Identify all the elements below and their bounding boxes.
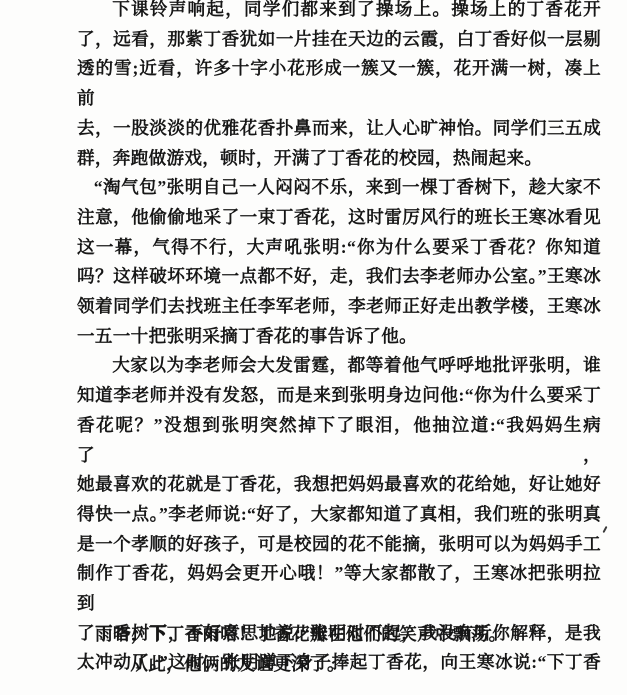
paragraph-2: “淘气包”张明自己一人闷闷不乐，来到一棵丁香树下，趁大家不 注意，他偷偷地采了一…	[77, 173, 601, 351]
scanned-essay-page: 下课铃声响起，同学们都来到了操场上。操场上的丁香花开 了，远看，那紫丁香犹如一片…	[0, 0, 627, 695]
text-line: 大家以为李老师会大发雷霆，都等着他气呼呼地批评张明，谁	[77, 351, 601, 381]
text-line: 下课铃声响起，同学们都来到了操场上。操场上的丁香花开	[77, 0, 601, 25]
text-line: 制作丁香花，妈妈会更开心哦！”等大家都散了，王寒冰把张明拉到	[77, 559, 601, 618]
text-line: 她最喜欢的花就是丁香花，我想把妈妈最喜欢的花给她，好让她好	[77, 470, 601, 500]
text-line: 一五一十把张明采摘丁香花的事告诉了他。	[77, 322, 601, 352]
essay-main-text: 下课铃声响起，同学们都来到了操场上。操场上的丁香花开 了，远看，那紫丁香犹如一片…	[77, 0, 601, 678]
essay-tail-text: 雨咯，下丁香雨咯！丁香花瓣在他们的笑声中飘荡。 从此，他俩的友谊更深了。	[95, 620, 595, 679]
text-line: 领着同学们去找班主任李军老师，李老师正好走出教学楼，王寒冰	[77, 292, 601, 322]
text-line: 香花呢？”没想到张明突然掉下了眼泪，他抽泣道:“我妈妈生病了，	[77, 411, 601, 470]
text-line: 吗？这样破坏环境一点都不好，走，我们去李老师办公室。”王寒冰	[77, 262, 601, 292]
text-line: 是一个孝顺的好孩子，可是校园的花不能摘，张明可以为妈妈手工	[77, 530, 601, 560]
text-line: 去，一股淡淡的优雅花香扑鼻而来，让人心旷神怡。同学们三五成	[77, 114, 601, 144]
text-line: 从此，他俩的友谊更深了。	[95, 650, 595, 680]
text-line: 得快一点。”李老师说:“好了，大家都知道了真相，我们班的张明真	[77, 500, 601, 530]
text-line: 了，远看，那紫丁香犹如一片挂在天边的云霞，白丁香好似一层剔	[77, 25, 601, 55]
text-line: 透的雪;近看，许多十字小花形成一簇又一簇，花开满一树，凑上前	[77, 54, 601, 113]
text-line: “淘气包”张明自己一人闷闷不乐，来到一棵丁香树下，趁大家不	[77, 173, 601, 203]
text-line: 注意，他偷偷地采了一束丁香花，这时雷厉风行的班长王寒冰看见	[77, 203, 601, 233]
text-line: 雨咯，下丁香雨咯！丁香花瓣在他们的笑声中飘荡。	[95, 620, 595, 650]
paragraph-1: 下课铃声响起，同学们都来到了操场上。操场上的丁香花开 了，远看，那紫丁香犹如一片…	[77, 0, 601, 173]
text-line: 这一幕，气得不行，大声吼张明:“你为什么要采丁香花？你知道	[77, 233, 601, 263]
text-line: 知道李老师并没有发怒，而是来到张明身边问他:“你为什么要采丁	[77, 381, 601, 411]
scan-artifact-mark	[602, 526, 607, 533]
text-line: 群，奔跑做游戏，顿时，开满了丁香花的校园，热闹起来。	[77, 144, 601, 174]
